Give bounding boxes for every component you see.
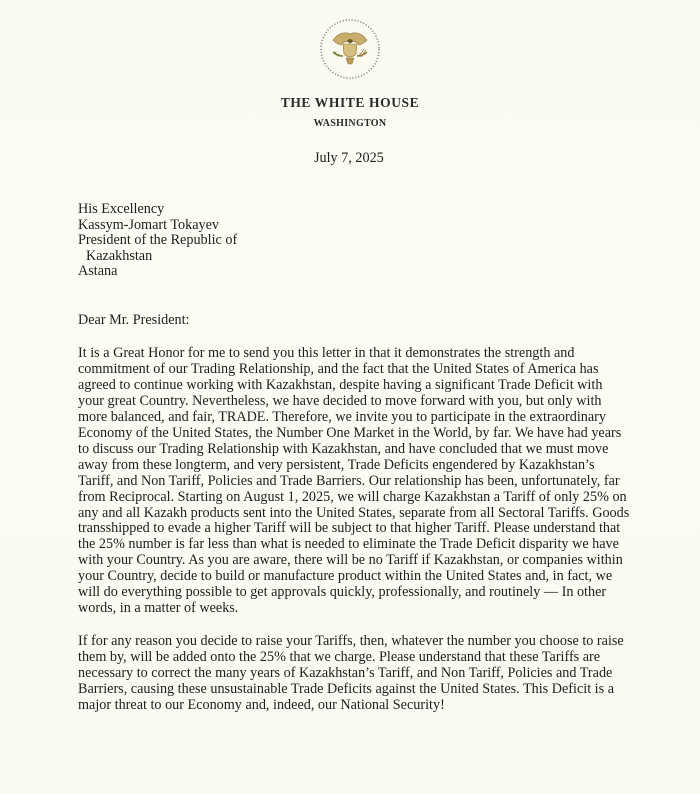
text-line: more balanced, and fair, TRADE. Therefor… bbox=[78, 410, 678, 426]
recipient-name: Kassym-Jomart Tokayev bbox=[78, 218, 237, 234]
text-line: Economy of the United States, the Number… bbox=[78, 426, 678, 442]
text-line: If for any reason you decide to raise yo… bbox=[78, 634, 678, 650]
letterhead-city: WASHINGTON bbox=[0, 118, 700, 129]
letter-date: July 7, 2025 bbox=[314, 150, 384, 167]
text-line: with your Country. As you are aware, the… bbox=[78, 553, 678, 569]
letter-page: THE WHITE HOUSE WASHINGTON July 7, 2025 … bbox=[0, 0, 700, 794]
text-line: agreed to continue working with Kazakhst… bbox=[78, 378, 678, 394]
text-line: commitment of our Trading Relationship, … bbox=[78, 362, 678, 378]
salutation: Dear Mr. President: bbox=[78, 312, 190, 329]
text-line: your great Country. Nevertheless, we hav… bbox=[78, 394, 678, 410]
text-line: to discuss our Trading Relationship with… bbox=[78, 442, 678, 458]
text-line: Tariff, and Non Tariff, Policies and Tra… bbox=[78, 474, 678, 490]
text-line: words, in a matter of weeks. bbox=[78, 601, 678, 617]
recipient-honorific: His Excellency bbox=[78, 202, 237, 218]
text-line: major threat to our Economy and, indeed,… bbox=[78, 698, 678, 714]
text-line: them by, will be added onto the 25% that… bbox=[78, 650, 678, 666]
text-line: transshipped to evade a higher Tariff wi… bbox=[78, 521, 678, 537]
text-line: from Reciprocal. Starting on August 1, 2… bbox=[78, 490, 678, 506]
paragraph-2: If for any reason you decide to raise yo… bbox=[78, 634, 678, 714]
letterhead-title: THE WHITE HOUSE bbox=[0, 95, 700, 111]
text-line: the 25% number is far less than what is … bbox=[78, 537, 678, 553]
recipient-city: Astana bbox=[78, 264, 237, 280]
paragraph-1: It is a Great Honor for me to send you t… bbox=[78, 346, 678, 617]
recipient-address: His Excellency Kassym-Jomart Tokayev Pre… bbox=[78, 202, 237, 280]
text-line: your Country, decide to build or manufac… bbox=[78, 569, 678, 585]
recipient-title: President of the Republic of bbox=[78, 233, 237, 249]
text-line: away from these longterm, and very persi… bbox=[78, 458, 678, 474]
text-line: Barriers, causing these unsustainable Tr… bbox=[78, 682, 678, 698]
text-line: necessary to correct the many years of K… bbox=[78, 666, 678, 682]
text-line: any and all Kazakh products sent into th… bbox=[78, 506, 678, 522]
recipient-country: Kazakhstan bbox=[78, 249, 237, 265]
presidential-seal-icon bbox=[319, 18, 381, 80]
text-line: will do everything possible to get appro… bbox=[78, 585, 678, 601]
text-line: It is a Great Honor for me to send you t… bbox=[78, 346, 678, 362]
